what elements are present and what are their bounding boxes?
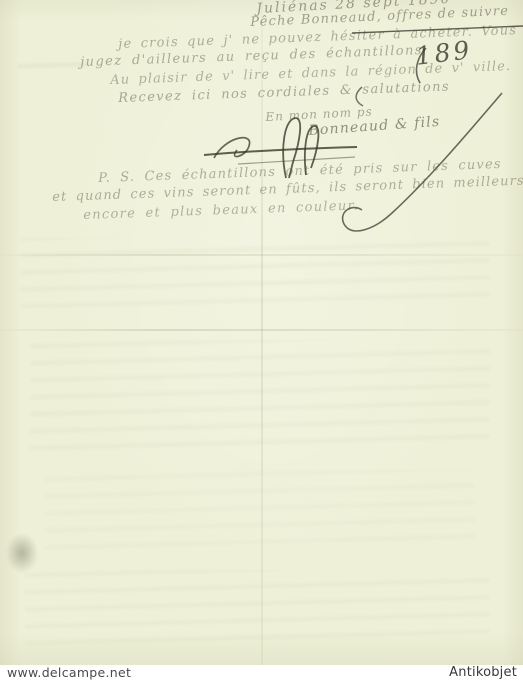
paper-stain — [6, 533, 38, 573]
bleed-through-block — [25, 570, 490, 645]
delcampe-watermark: www.delcampe.net — [7, 665, 131, 680]
antikobjet-watermark: Antikobjet — [449, 665, 517, 680]
watermark-bar: www.delcampe.net Antikobjet — [0, 665, 523, 680]
bleed-through-smudge — [18, 52, 88, 78]
bleed-through-block — [20, 238, 490, 308]
bleed-through-block — [45, 470, 475, 550]
bleed-through-block — [30, 340, 490, 450]
scanned-letter: Juliénas 28 sept 1890 Pêche Bonneaud, of… — [0, 0, 523, 680]
horizontal-fold-line-lower — [0, 329, 523, 331]
